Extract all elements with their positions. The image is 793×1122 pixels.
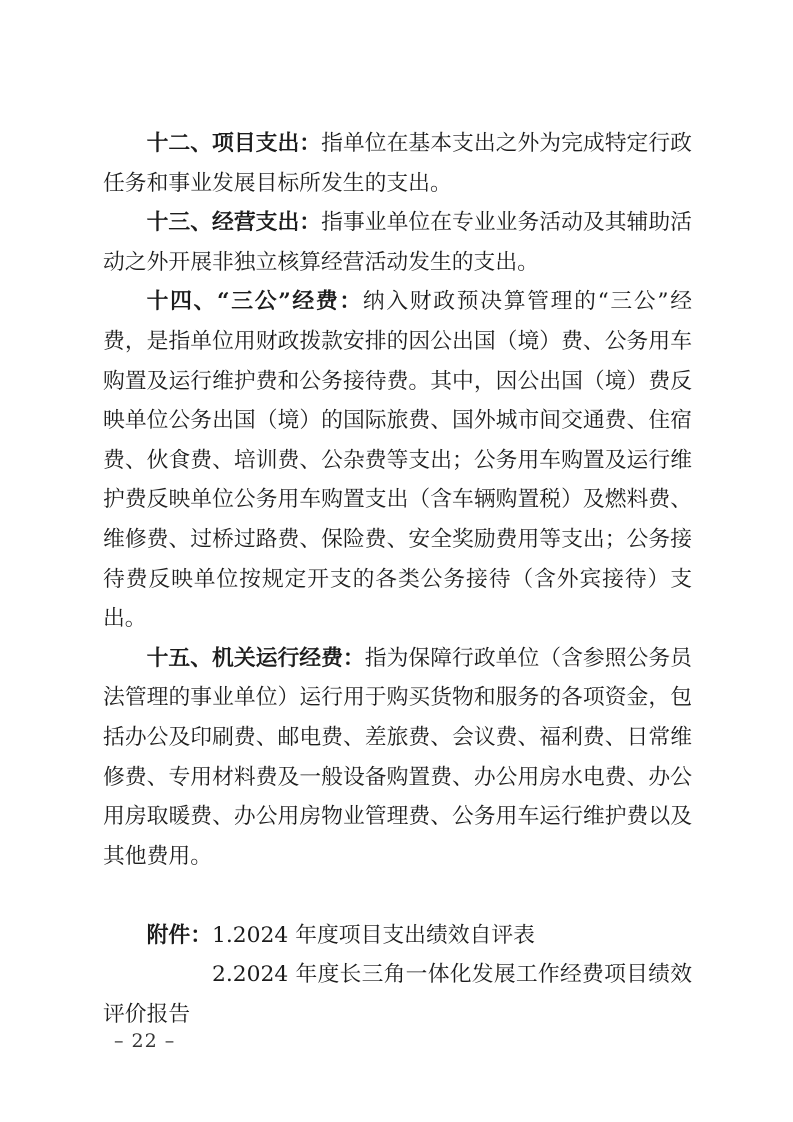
paragraph-body: 纳入财政预决算管理的“三公”经费，是指单位用财政拨款安排的因公出国（境）费、公务…	[103, 289, 692, 631]
paragraph-body: 指为保障行政单位（含参照公务员法管理的事业单位）运行用于购买货物和服务的各项资金…	[103, 646, 692, 869]
document-body: 十二、项目支出：指单位在基本支出之外为完成特定行政任务和事业发展目标所发生的支出…	[103, 124, 692, 1035]
attachments-label: 附件：	[147, 923, 212, 948]
page-number: – 22 –	[114, 1029, 175, 1053]
paragraph-heading: 十四、“三公”经费：	[147, 289, 363, 314]
document-page: 十二、项目支出：指单位在基本支出之外为完成特定行政任务和事业发展目标所发生的支出…	[0, 0, 793, 1122]
paragraph-13-operating-expenditure: 十三、经营支出：指事业单位在专业业务活动及其辅助活动之外开展非独立核算经营活动发…	[103, 203, 692, 282]
paragraph-12-project-expenditure: 十二、项目支出：指单位在基本支出之外为完成特定行政任务和事业发展目标所发生的支出…	[103, 124, 692, 203]
paragraph-heading: 十二、项目支出：	[147, 131, 322, 156]
attachment-item-1: 1.2024 年度项目支出绩效自评表	[212, 923, 535, 948]
paragraph-heading: 十三、经营支出：	[147, 210, 322, 235]
attachment-line-1: 附件：1.2024 年度项目支出绩效自评表	[103, 916, 692, 956]
paragraph-heading: 十五、机关运行经费：	[147, 646, 365, 671]
paragraph-15-agency-operating-funds: 十五、机关运行经费：指为保障行政单位（含参照公务员法管理的事业单位）运行用于购买…	[103, 639, 692, 877]
attachment-item-2: 2.2024 年度长三角一体化发展工作经费项目绩效评价报告	[103, 955, 692, 1034]
attachments-section: 附件：1.2024 年度项目支出绩效自评表 2.2024 年度长三角一体化发展工…	[103, 916, 692, 1035]
paragraph-14-three-public-funds: 十四、“三公”经费：纳入财政预决算管理的“三公”经费，是指单位用财政拨款安排的因…	[103, 282, 692, 638]
